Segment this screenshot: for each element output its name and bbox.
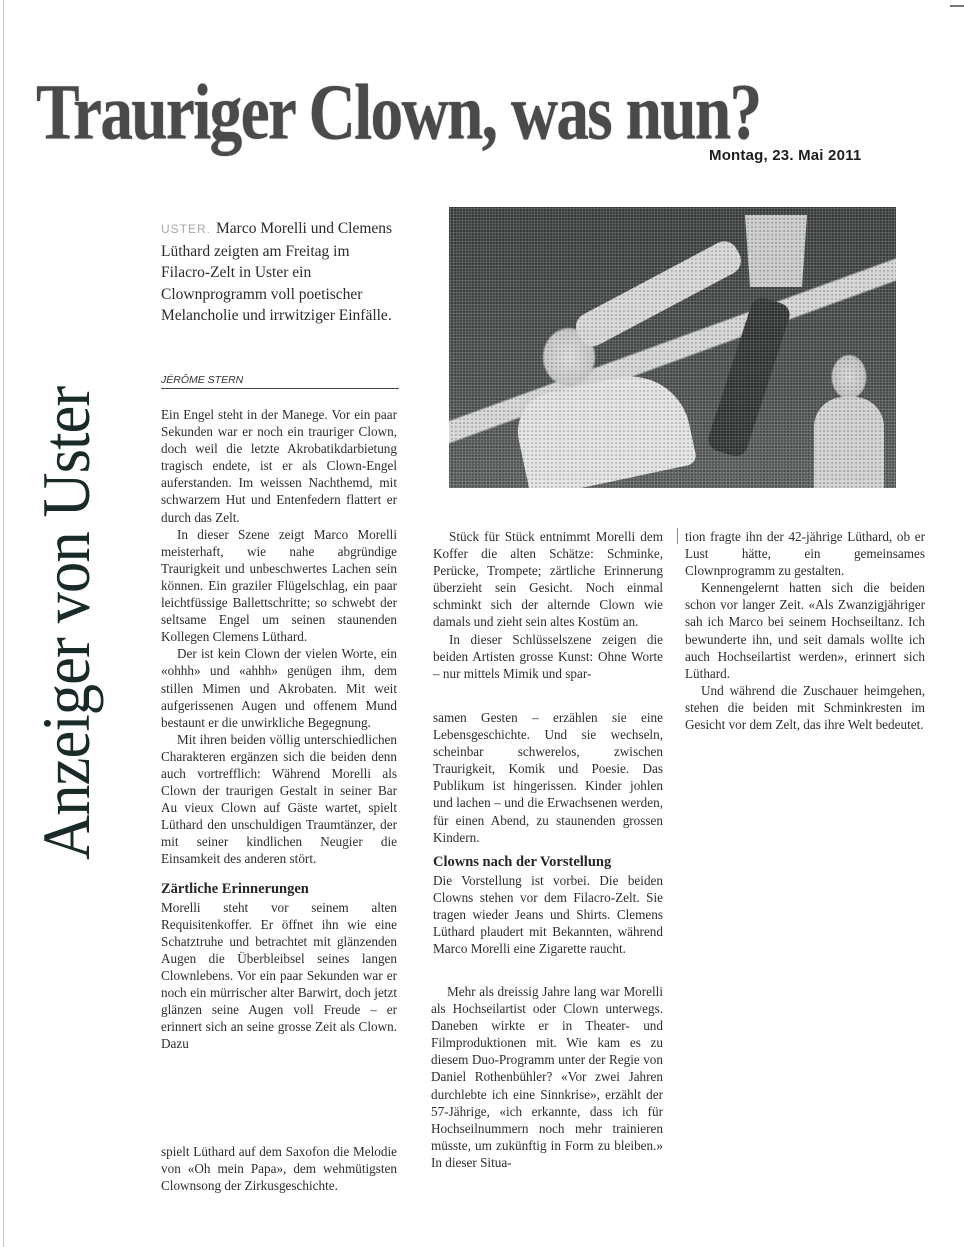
- column-2-section: Clowns nach der Vorstellung Die Vorstell…: [433, 853, 663, 957]
- scan-mark: [950, 5, 964, 7]
- paragraph: tion fragte ihn der 42-jährige Lüthard, …: [685, 528, 925, 579]
- column-1-continuation: spielt Lüthard auf dem Saxofon die Melod…: [161, 1143, 397, 1194]
- article-photo: [449, 207, 896, 488]
- column-2-continuation: samen Gesten – erzählen sie eine Lebensg…: [433, 709, 663, 846]
- paragraph: Kennengelernt hatten sich die beiden sch…: [685, 579, 925, 682]
- headline: Trauriger Clown, was nun?: [36, 65, 810, 160]
- column-1: Ein Engel steht in der Manege. Vor ein p…: [161, 406, 397, 1052]
- paragraph: Ein Engel steht in der Manege. Vor ein p…: [161, 406, 397, 526]
- paragraph: Die Vorstellung ist vorbei. Die beiden C…: [433, 872, 663, 957]
- column-2: Stück für Stück entnimmt Morelli dem Kof…: [433, 528, 663, 682]
- column-3: tion fragte ihn der 42-jährige Lüthard, …: [685, 528, 925, 733]
- publication-name: Anzeiger von Uster: [32, 346, 100, 860]
- subheading: Zärtliche Erinnerungen: [161, 880, 397, 899]
- paragraph: In dieser Szene zeigt Marco Morelli meis…: [161, 526, 397, 646]
- column-2-lower: Mehr als dreissig Jahre lang war Morelli…: [431, 983, 663, 1171]
- column-divider: [677, 528, 678, 544]
- paragraph: Stück für Stück entnimmt Morelli dem Kof…: [433, 528, 663, 631]
- subheading: Clowns nach der Vorstellung: [433, 853, 663, 872]
- paragraph: spielt Lüthard auf dem Saxofon die Melod…: [161, 1143, 397, 1194]
- photo-grain: [449, 207, 896, 488]
- byline: JÉRÔME STERN: [161, 374, 399, 389]
- paragraph: Der ist kein Clown der vielen Worte, ein…: [161, 645, 397, 730]
- paragraph: samen Gesten – erzählen sie eine Lebensg…: [433, 709, 663, 846]
- paragraph: In dieser Schlüsselszene zeigen die beid…: [433, 631, 663, 682]
- paragraph: Morelli steht vor seinem alten Requisite…: [161, 899, 397, 1053]
- publication-name-text: Anzeiger von Uster: [32, 387, 100, 860]
- scan-edge: [3, 0, 4, 1247]
- article-lead: USTER.Marco Morelli und Clemens Lüthard …: [161, 218, 401, 327]
- paragraph: Mehr als dreissig Jahre lang war Morelli…: [431, 983, 663, 1171]
- paragraph: Mit ihren beiden völlig unterschiedliche…: [161, 731, 397, 868]
- publication-date: Montag, 23. Mai 2011: [709, 147, 861, 164]
- dateline-place: USTER.: [161, 222, 211, 236]
- paragraph: Und während die Zuschauer heimgehen, ste…: [685, 682, 925, 733]
